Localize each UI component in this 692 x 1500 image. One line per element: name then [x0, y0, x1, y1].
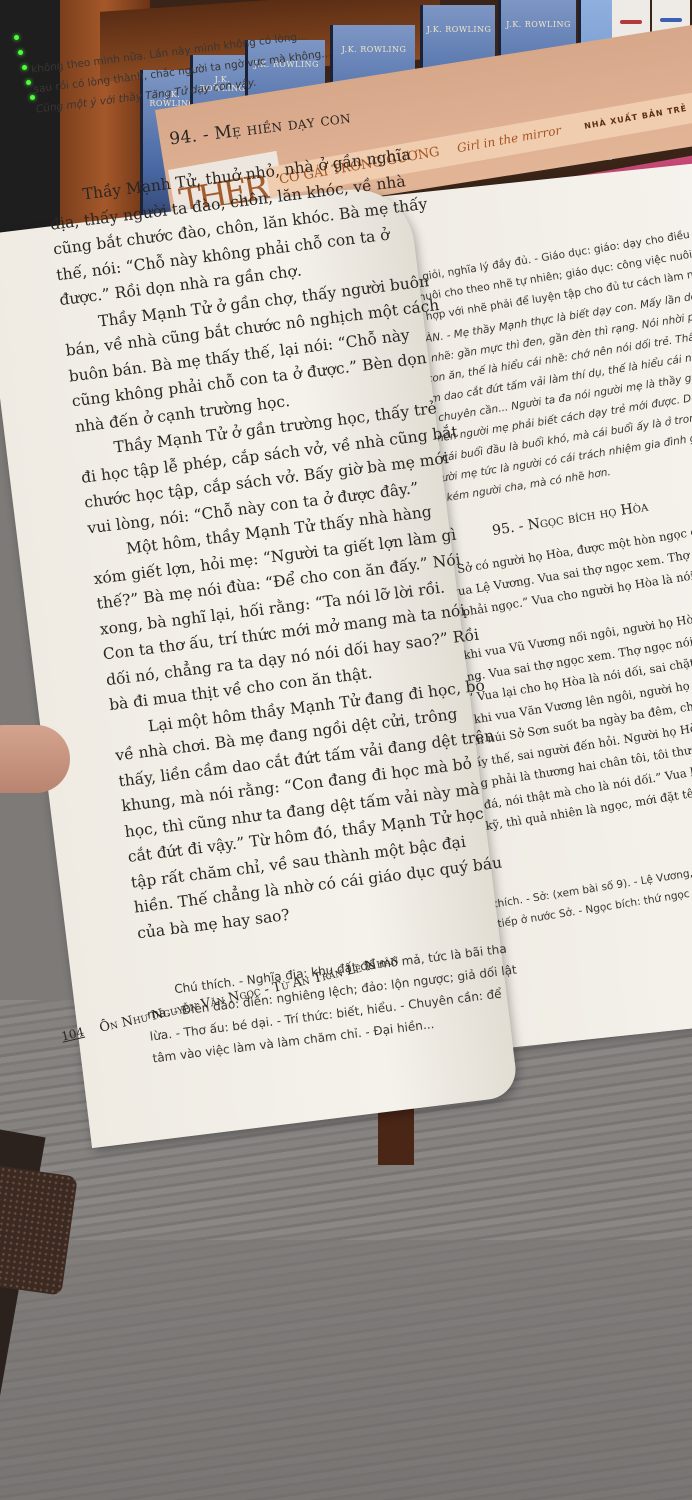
spine-stripe: [660, 18, 682, 22]
paragraph: Lại một hôm thầy Mạnh Tử đang đi học, bỏ…: [111, 672, 516, 946]
led-light-icon: [26, 80, 31, 85]
led-light-icon: [14, 35, 19, 40]
author-label: J.K. ROWLING: [427, 25, 492, 34]
spine-stripe: [620, 20, 642, 24]
floor-plank: [0, 1240, 692, 1500]
author-label: J.K. ROWLING: [506, 20, 571, 29]
thumb: [0, 725, 70, 793]
photo-scene: J.K. ROWLINGHarry J.K. ROWLINGHarry J.K.…: [0, 0, 692, 1500]
led-light-icon: [22, 65, 27, 70]
led-light-icon: [18, 50, 23, 55]
